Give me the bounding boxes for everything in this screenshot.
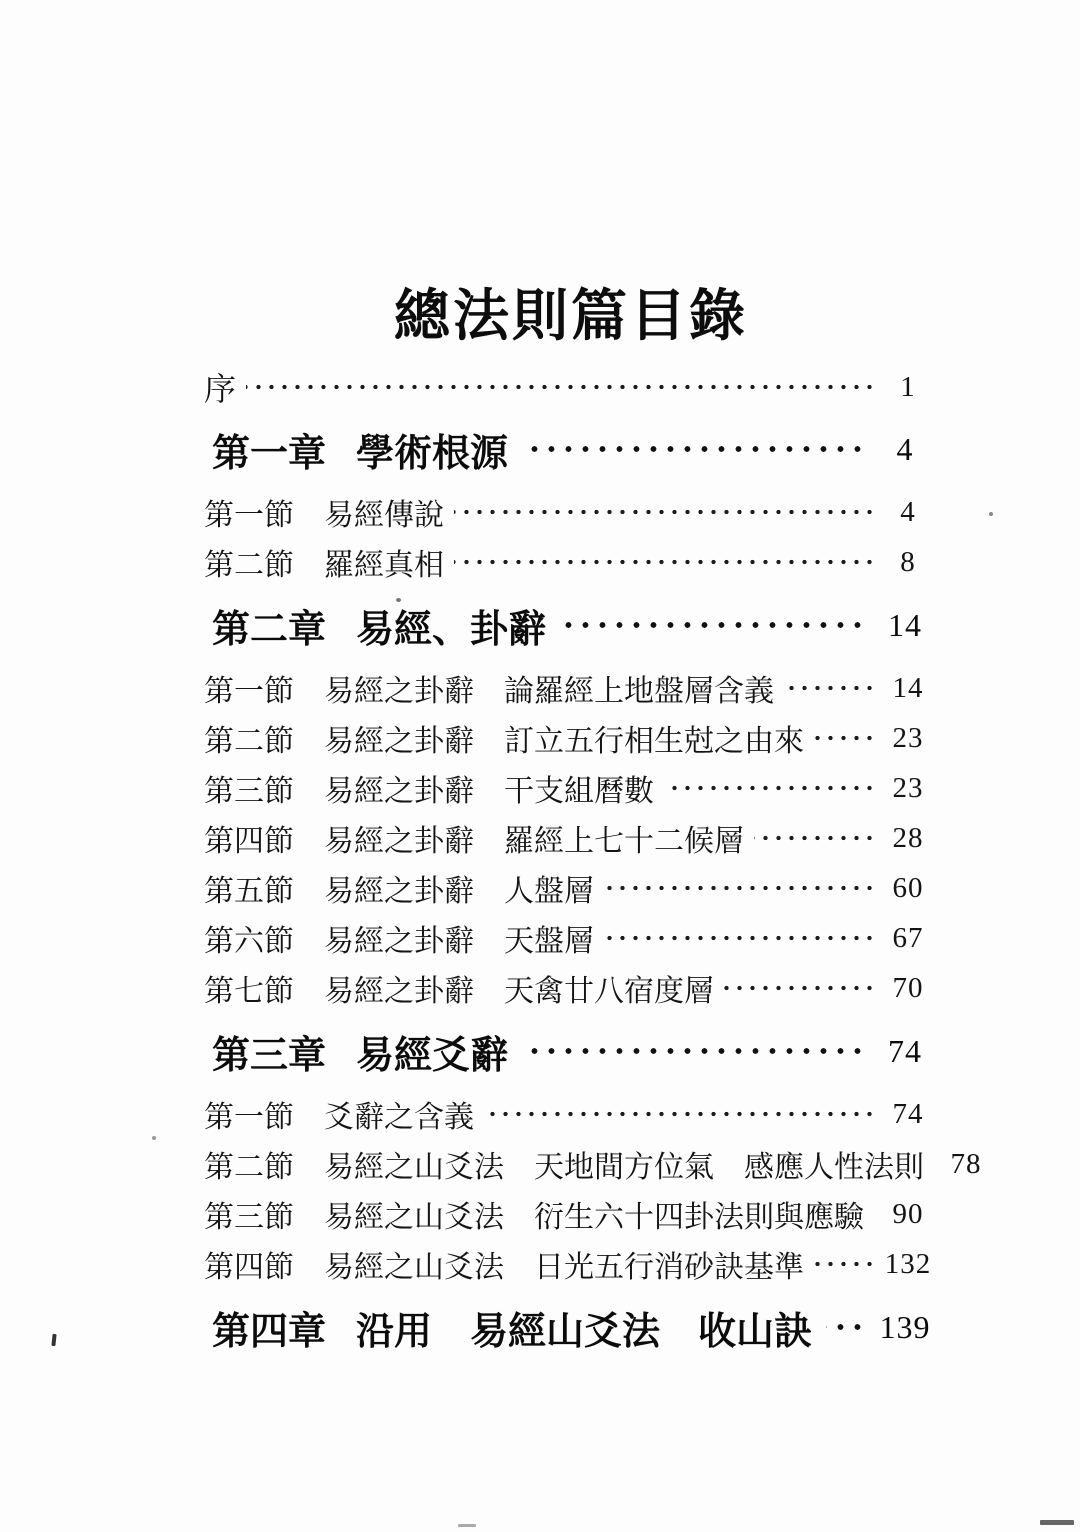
entry-title: 易經之山爻法: [324, 1192, 504, 1236]
toc-entry: 第二章 易經、卦辭 14: [204, 593, 934, 657]
entry-title: 易經、卦辭: [356, 598, 546, 653]
entry-subtitle: 衍生六十四卦法則與應驗: [534, 1192, 864, 1236]
toc-entry: 第一章 學術根源 4: [204, 417, 934, 481]
scan-artifact: [1040, 1520, 1074, 1525]
entry-page-number: 78: [940, 1148, 992, 1181]
entry-label: 第四章: [212, 1300, 326, 1355]
entry-label: 第二節: [204, 540, 294, 584]
scan-artifact: [396, 598, 401, 602]
entry-subtitle: 日光五行消砂訣基準: [534, 1242, 804, 1286]
entry-label: 第四節: [204, 1242, 294, 1286]
entry-page-number: 132: [882, 1248, 934, 1281]
entry-page-number: 67: [882, 922, 934, 955]
toc-entry: 第三節 易經之卦辭 干支組曆數 23: [204, 763, 934, 813]
entry-subtitle: 干支組曆數: [504, 766, 654, 810]
leader-dots: [754, 831, 876, 845]
entry-title: 沿用 易經山爻法 收山訣: [356, 1300, 812, 1355]
toc-entry: 第二節 羅經真相 8: [204, 537, 934, 587]
entry-label: 第三章: [212, 1024, 326, 1079]
entry-page-number: 4: [876, 431, 934, 468]
entry-page-number: 60: [882, 872, 934, 905]
toc-entry: 第七節 易經之卦辭 天禽廿八宿度層 70: [204, 963, 934, 1013]
entry-subtitle: 論羅經上地盤層含義: [504, 666, 774, 710]
entry-page-number: 14: [882, 672, 934, 705]
entry-page-number: 28: [882, 822, 934, 855]
entry-title: 爻辭之含義: [324, 1092, 474, 1136]
entry-page-number: 90: [882, 1198, 934, 1231]
scan-artifact: [458, 1524, 476, 1527]
toc-entry: 第六節 易經之卦辭 天盤層 67: [204, 913, 934, 963]
toc-entry: 第三節 易經之山爻法 衍生六十四卦法則與應驗 90: [204, 1189, 934, 1239]
leader-dots: [560, 616, 866, 634]
scan-artifact: [989, 512, 993, 516]
leader-dots: [454, 505, 876, 519]
entry-page-number: 74: [876, 1033, 934, 1070]
leader-dots: [604, 881, 876, 895]
entry-label: 第一節: [204, 666, 294, 710]
toc-entry: 第一節 易經傳說 4: [204, 487, 934, 537]
entry-title: 易經之卦辭: [324, 716, 474, 760]
leader-dots: [874, 1207, 876, 1221]
entry-subtitle: 天禽廿八宿度層: [504, 966, 714, 1010]
entry-subtitle: 天地間方位氣 感應人性法則: [534, 1142, 924, 1186]
entry-page-number: 14: [876, 607, 934, 644]
entry-title: 羅經真相: [324, 540, 444, 584]
toc-entry: 第二節 易經之山爻法 天地間方位氣 感應人性法則 78: [204, 1139, 934, 1189]
entry-label: 第一節: [204, 490, 294, 534]
entry-page-number: 8: [882, 546, 934, 579]
entry-label: 序: [204, 364, 236, 410]
entry-label: 第五節: [204, 866, 294, 910]
entry-title: 易經之卦辭: [324, 666, 474, 710]
entry-title: 易經傳說: [324, 490, 444, 534]
entry-label: 第六節: [204, 916, 294, 960]
leader-dots: [814, 731, 876, 745]
leader-dots: [522, 1042, 866, 1060]
entry-label: 第一章: [212, 422, 326, 477]
entry-subtitle: 人盤層: [504, 866, 594, 910]
leader-dots: [724, 981, 876, 995]
toc-entry: 第二節 易經之卦辭 訂立五行相生尅之由來 23: [204, 713, 934, 763]
entry-label: 第二章: [212, 598, 326, 653]
page-title: 總法則篇目錄: [0, 272, 1080, 352]
entry-page-number: 74: [882, 1098, 934, 1131]
entry-subtitle: 羅經上七十二候層: [504, 816, 744, 860]
toc-entry: 第四節 易經之山爻法 日光五行消砂訣基準 132: [204, 1239, 934, 1289]
entry-title: 易經爻辭: [356, 1024, 508, 1079]
toc-entry: 第三章 易經爻辭 74: [204, 1019, 934, 1083]
leader-dots: [814, 1257, 876, 1271]
entry-title: 易經之卦辭: [324, 816, 474, 860]
leader-dots: [664, 781, 876, 795]
scan-artifact: [152, 1136, 156, 1140]
entry-label: 第七節: [204, 966, 294, 1010]
entry-subtitle: 訂立五行相生尅之由來: [504, 716, 804, 760]
entry-page-number: 1: [882, 371, 934, 404]
leader-dots: [454, 555, 876, 569]
entry-label: 第三節: [204, 766, 294, 810]
entry-title: 易經之卦辭: [324, 766, 474, 810]
entry-page-number: 23: [882, 772, 934, 805]
entry-label: 第一節: [204, 1092, 294, 1136]
leader-dots: [826, 1318, 866, 1336]
leader-dots: [604, 931, 876, 945]
entry-subtitle: 天盤層: [504, 916, 594, 960]
entry-label: 第二節: [204, 1142, 294, 1186]
scanned-book-page: 總法則篇目錄 序 1 第一章 學術根源 4 第一節 易經傳說 4 第二節 羅經真…: [0, 0, 1080, 1532]
leader-dots: [246, 380, 876, 394]
entry-title: 易經之山爻法: [324, 1242, 504, 1286]
entry-label: 第三節: [204, 1192, 294, 1236]
leader-dots: [522, 440, 866, 458]
toc-list: 序 1 第一章 學術根源 4 第一節 易經傳說 4 第二節 羅經真相 8 第二章…: [204, 363, 934, 1365]
toc-entry: 第一節 爻辭之含義 74: [204, 1089, 934, 1139]
leader-dots: [784, 681, 876, 695]
entry-page-number: 4: [882, 496, 934, 529]
entry-title: 易經之山爻法: [324, 1142, 504, 1186]
leader-dots: [484, 1107, 876, 1121]
toc-entry: 第一節 易經之卦辭 論羅經上地盤層含義 14: [204, 663, 934, 713]
toc-entry: 第四章 沿用 易經山爻法 收山訣 139: [204, 1295, 934, 1359]
entry-page-number: 23: [882, 722, 934, 755]
entry-page-number: 139: [876, 1309, 934, 1346]
entry-page-number: 70: [882, 972, 934, 1005]
toc-entry: 第四節 易經之卦辭 羅經上七十二候層 28: [204, 813, 934, 863]
entry-title: 易經之卦辭: [324, 866, 474, 910]
entry-label: 第二節: [204, 716, 294, 760]
scan-artifact: [51, 1334, 56, 1346]
entry-label: 第四節: [204, 816, 294, 860]
entry-title: 易經之卦辭: [324, 916, 474, 960]
entry-title: 易經之卦辭: [324, 966, 474, 1010]
toc-entry: 序 1: [204, 363, 934, 411]
toc-entry: 第五節 易經之卦辭 人盤層 60: [204, 863, 934, 913]
entry-title: 學術根源: [356, 422, 508, 477]
